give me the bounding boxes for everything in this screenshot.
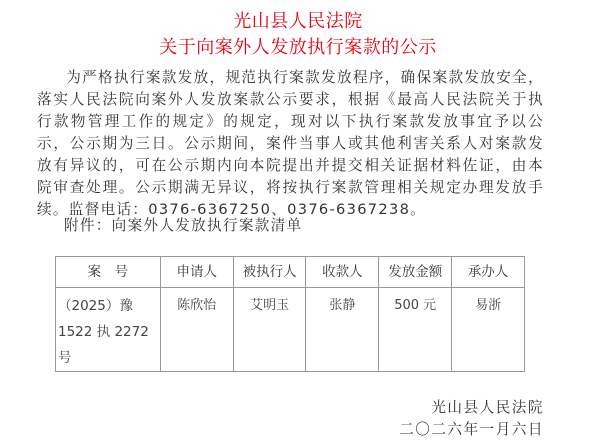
court-name-title: 光山县人民法院 xyxy=(0,10,596,34)
notice-body: 为严格执行案款发放，规范执行案款发放程序，确保案款发放安全，落实人民法院向案外人… xyxy=(37,67,544,221)
cell-case-no: （2025）豫 1522 执 2272 号 xyxy=(56,288,161,372)
cell-handler: 易浙 xyxy=(452,288,525,372)
notice-paragraph: 为严格执行案款发放，规范执行案款发放程序，确保案款发放安全，落实人民法院向案外人… xyxy=(37,67,544,221)
header-handler: 承办人 xyxy=(452,257,525,288)
attachment-label: 附件：向案外人发放执行案款清单 xyxy=(64,215,302,237)
cell-applicant: 陈欣怡 xyxy=(160,288,233,372)
header-respondent: 被执行人 xyxy=(233,257,306,288)
header-payee: 收款人 xyxy=(306,257,379,288)
table-header-row: 案 号 申请人 被执行人 收款人 发放金额 承办人 xyxy=(56,257,525,288)
table-row: （2025）豫 1522 执 2272 号 陈欣怡 艾明玉 张静 500 元 易… xyxy=(56,288,525,372)
signature-org: 光山县人民法院 xyxy=(431,397,544,419)
header-case-no: 案 号 xyxy=(56,257,161,288)
header-applicant: 申请人 xyxy=(160,257,233,288)
notice-title: 关于向案外人发放执行案款的公示 xyxy=(0,36,596,60)
signature-date: 二〇二六年一月六日 xyxy=(399,419,544,441)
cell-amount: 500 元 xyxy=(379,288,452,372)
cell-payee: 张静 xyxy=(306,288,379,372)
disbursement-table: 案 号 申请人 被执行人 收款人 发放金额 承办人 （2025）豫 1522 执… xyxy=(55,256,525,372)
cell-respondent: 艾明玉 xyxy=(233,288,306,372)
header-amount: 发放金额 xyxy=(379,257,452,288)
